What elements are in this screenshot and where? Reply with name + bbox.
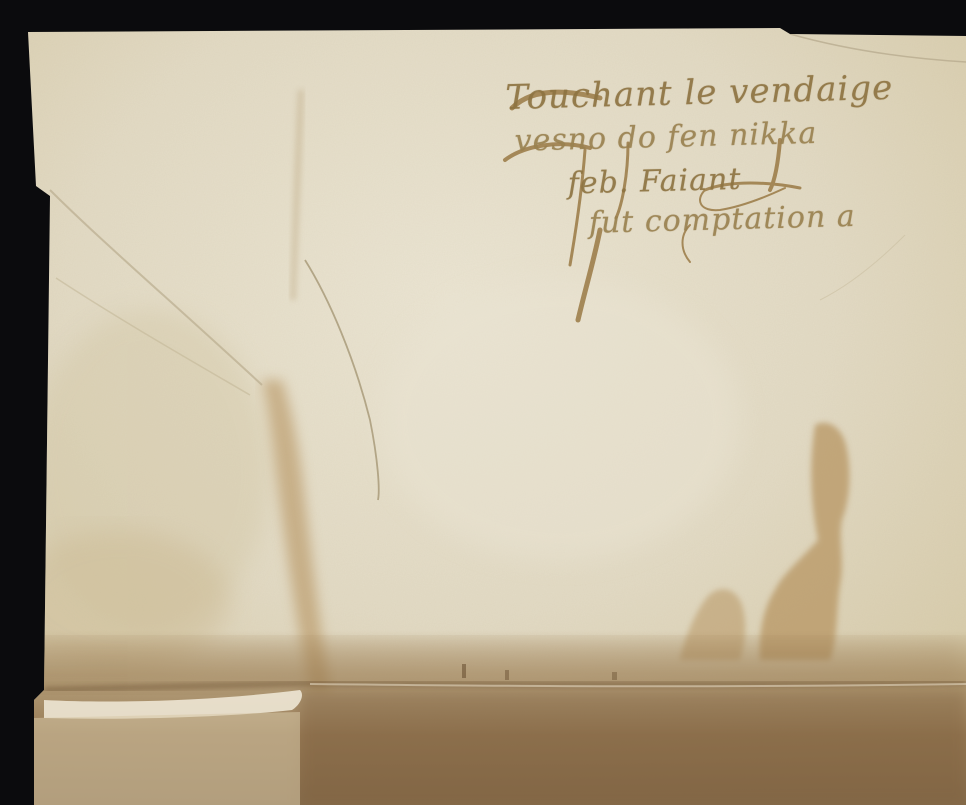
endorsement-line-4: fut comptation a: [588, 199, 856, 241]
document-photo: Touchant le vendaige vesno do fen nikka …: [0, 0, 966, 805]
endorsement-line-3: feb. Faiant: [567, 162, 742, 202]
parchment-sheet: [0, 0, 966, 805]
